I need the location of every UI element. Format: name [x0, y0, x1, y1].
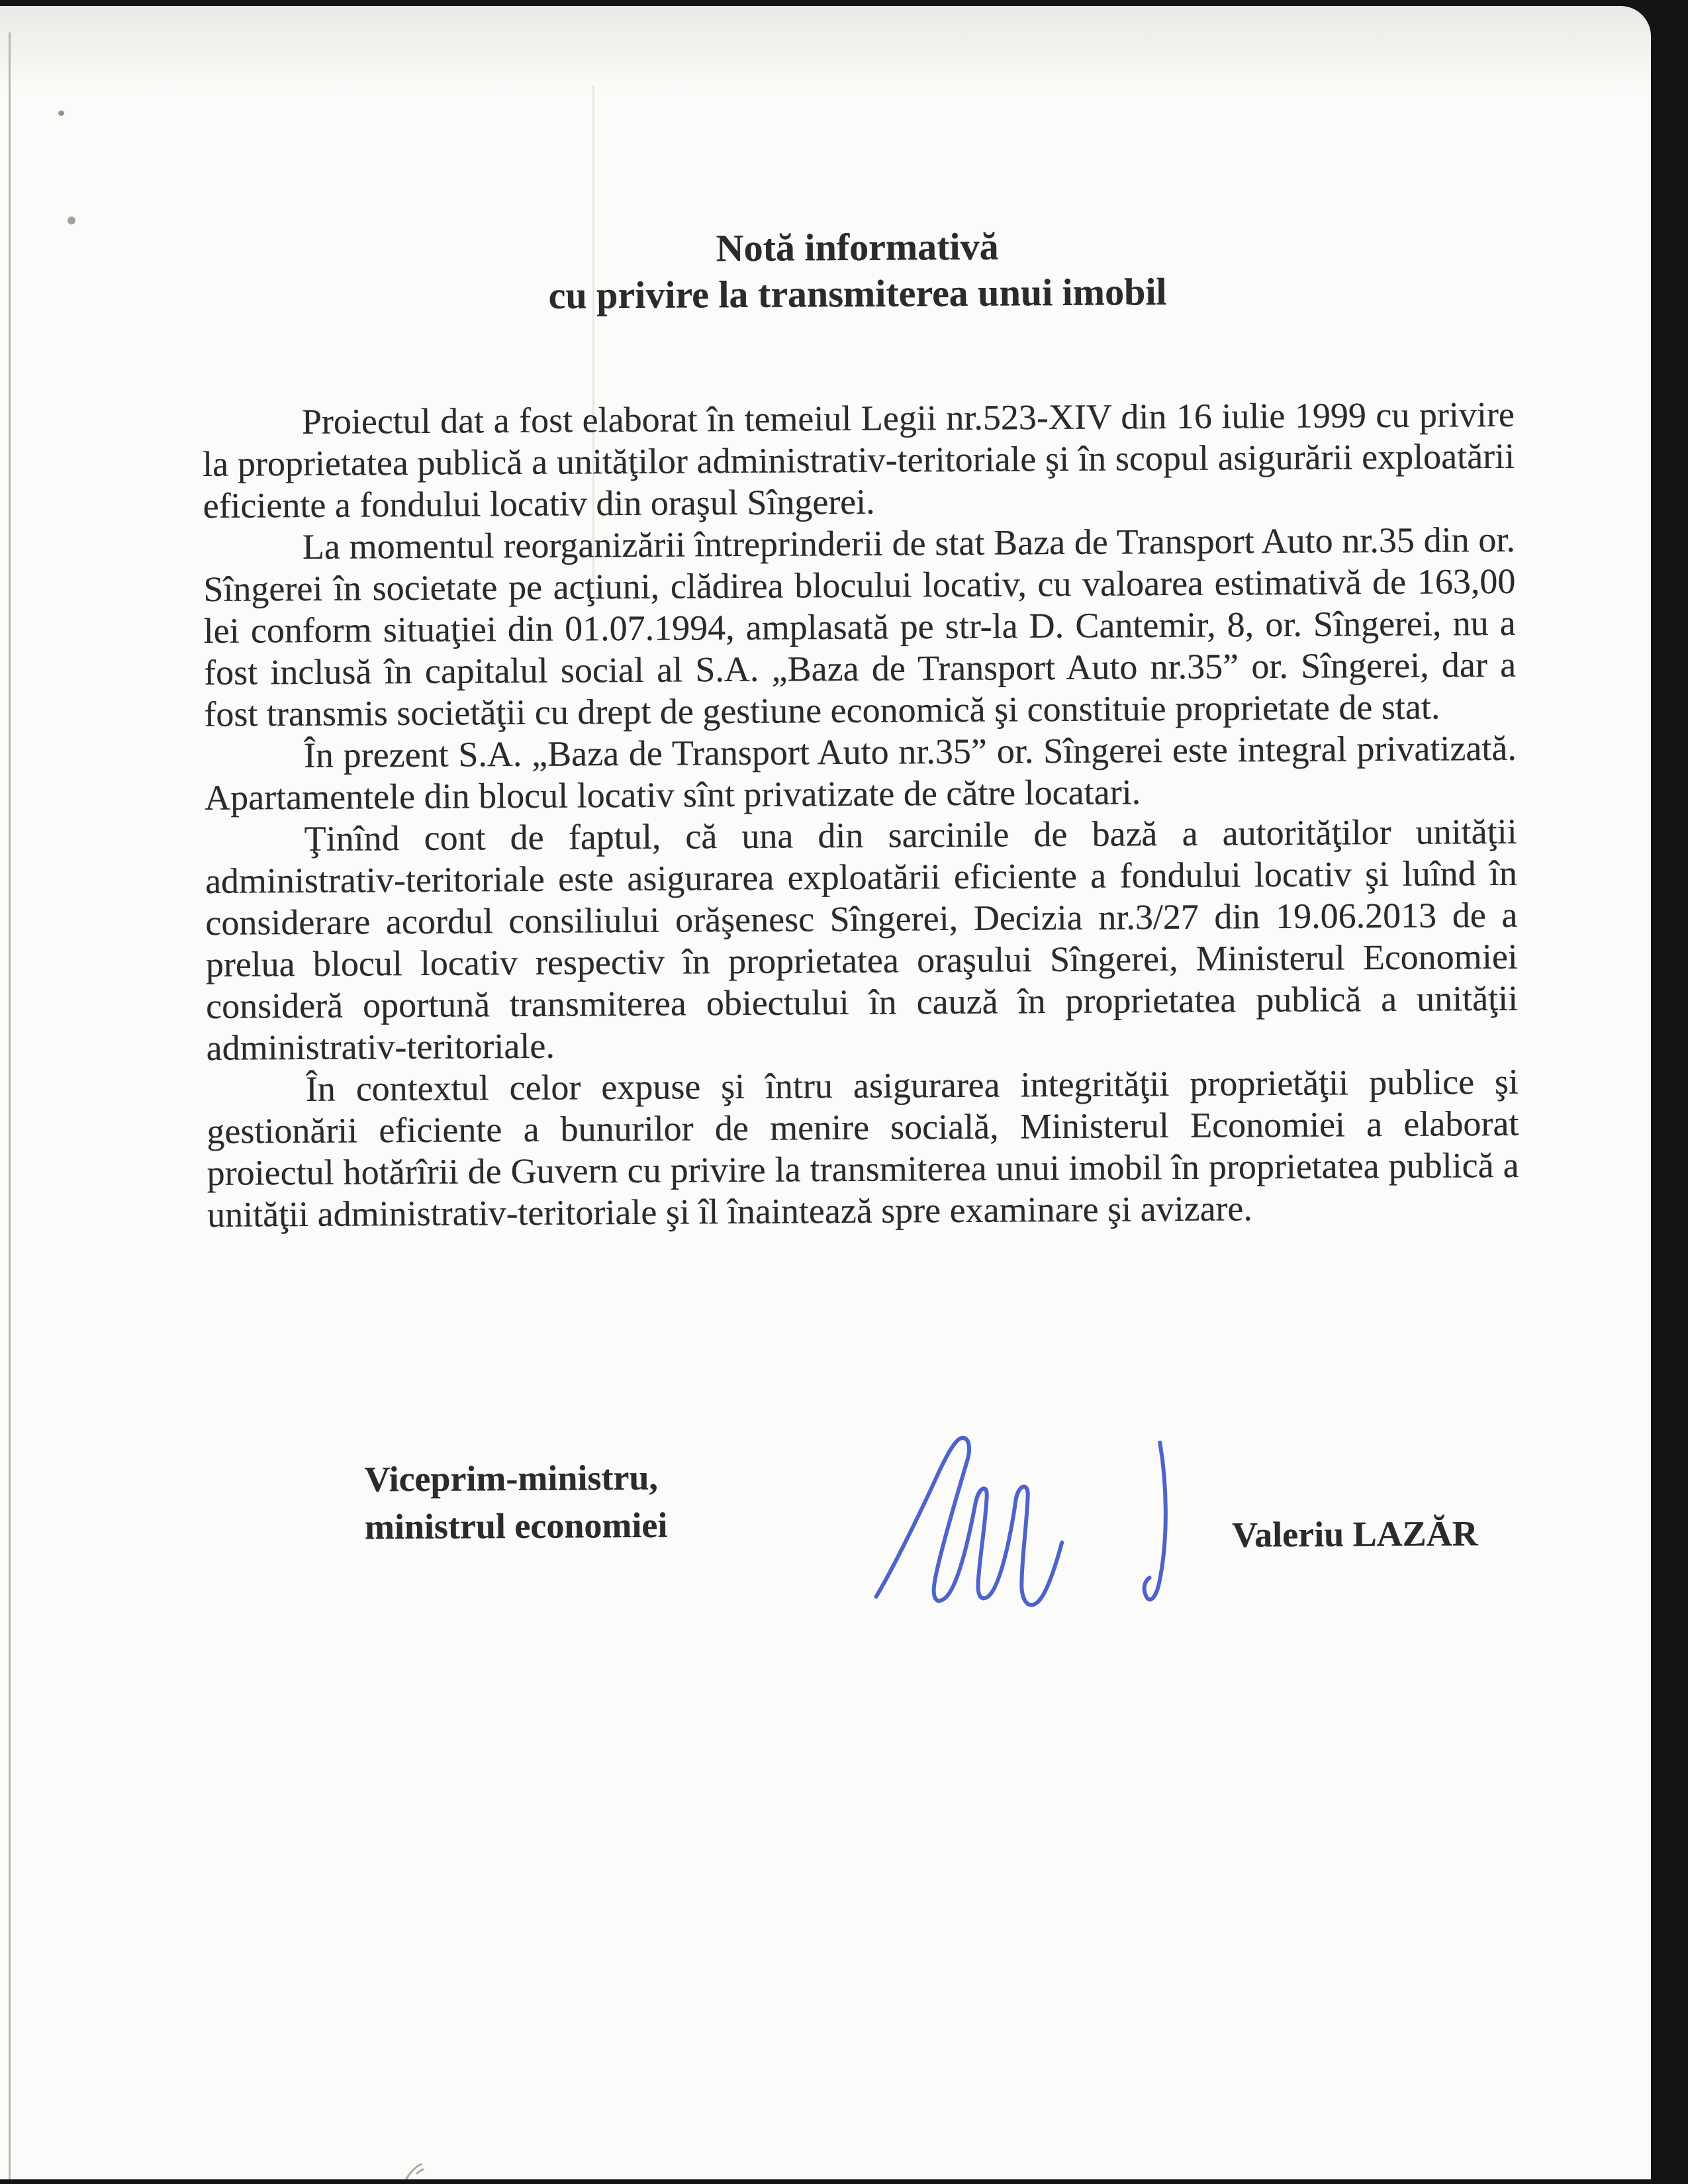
signer-role: Viceprim-ministru, ministrul economiei: [364, 1454, 667, 1551]
paragraph-2: La momentul reorganizării întreprinderii…: [203, 519, 1517, 736]
signer-role-line-2: ministrul economiei: [365, 1501, 668, 1551]
signer-name: Valeriu LAZĂR: [1232, 1513, 1478, 1555]
signature-ink: [861, 1424, 1199, 1618]
signer-role-line-1: Viceprim-ministru,: [364, 1454, 667, 1503]
paragraph-3: În prezent S.A. „Baza de Transport Auto …: [205, 728, 1517, 819]
paragraph-5: În contextul celor expuse şi întru asigu…: [207, 1061, 1520, 1236]
scan-speck: [58, 111, 64, 116]
paper-sheet: Notă informativă cu privire la transmite…: [0, 6, 1651, 2179]
document-body: Proiectul dat a fost elaborat în temeiul…: [203, 394, 1520, 1236]
scan-smudge: [402, 2163, 425, 2179]
title-line-1: Notă informativă: [201, 220, 1513, 275]
scan-speck: [68, 216, 75, 224]
document-content: Notă informativă cu privire la transmite…: [0, 6, 1651, 2179]
document-title: Notă informativă cu privire la transmite…: [201, 220, 1514, 321]
title-line-2: cu privire la transmiterea unui imobil: [201, 267, 1513, 321]
paragraph-1: Proiectul dat a fost elaborat în temeiul…: [203, 394, 1515, 527]
paragraph-4: Ţinînd cont de faptul, că una din sarcin…: [205, 811, 1518, 1069]
